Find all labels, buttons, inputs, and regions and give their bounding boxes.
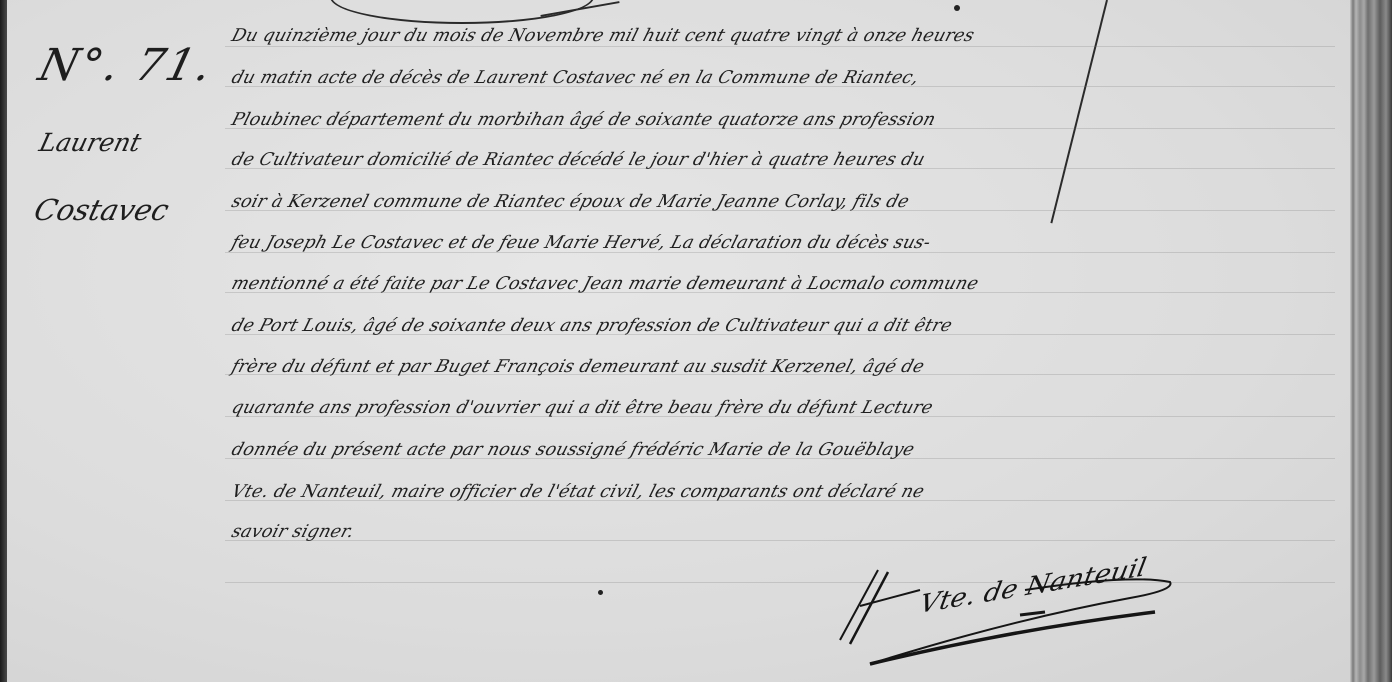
- record-line-6: feu Joseph Le Costavec et de feue Marie …: [229, 233, 933, 253]
- ink-blot: [598, 590, 603, 595]
- record-line-8: de Port Louis, âgé de soixante deux ans …: [229, 316, 954, 336]
- record-line-5: soir à Kerzenel commune de Riantec époux…: [229, 192, 911, 212]
- record-line-9: frère du défunt et par Buget François de…: [229, 357, 926, 377]
- record-line-1: Du quinzième jour du mois de Novembre mi…: [229, 26, 976, 46]
- record-line-12: Vte. de Nanteuil, maire officier de l'ét…: [229, 482, 926, 502]
- deceased-first-name: Laurent: [36, 128, 144, 157]
- record-line-4: de Cultivateur domicilié de Riantec décé…: [229, 150, 927, 170]
- ruled-line: [225, 46, 1335, 47]
- record-line-2: du matin acte de décès de Laurent Costav…: [229, 68, 921, 88]
- record-line-11: donnée du présent acte par nous soussign…: [229, 440, 917, 460]
- record-line-7: mentionné a été faite par Le Costavec Je…: [229, 274, 981, 294]
- record-line-10: quarante ans profession d'ouvrier qui a …: [229, 398, 935, 418]
- act-number: N°. 71.: [34, 40, 219, 91]
- binding-gutter: [1350, 0, 1392, 682]
- ink-blot: [954, 5, 960, 11]
- record-line-13: savoir signer.: [229, 522, 356, 542]
- binding-left-edge: [0, 0, 7, 682]
- record-line-3: Ploubinec département du morbihan âgé de…: [229, 110, 938, 130]
- ruled-line: [225, 540, 1335, 541]
- mayor-signature: Vte. de Nanteuil: [830, 560, 1190, 670]
- deceased-last-name: Costavec: [31, 193, 173, 227]
- pen-stroke: [1050, 0, 1108, 223]
- register-page: N°. 71. Laurent Costavec Du quinzième jo…: [0, 0, 1392, 682]
